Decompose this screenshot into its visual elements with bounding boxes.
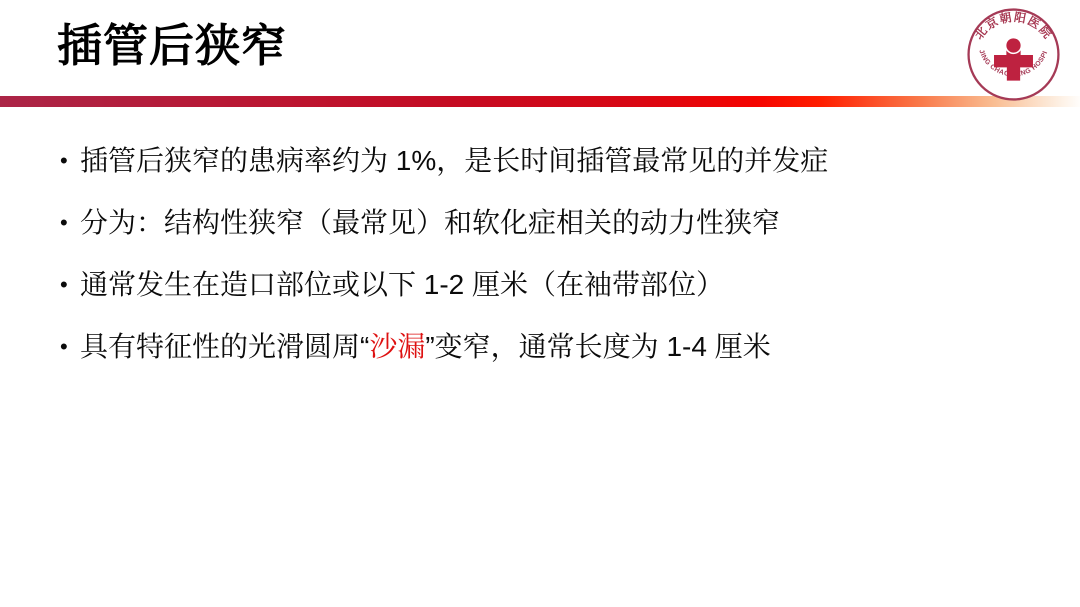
bullet-text: 插管后狭窄的患病率约为 1%，是长时间插管最常见的并发症 [80, 146, 828, 176]
hospital-logo-seal: 北京朝阳医院 BEIJING CHAO-YANG HOSPITAL [966, 7, 1061, 102]
page-title: 插管后狭窄 [57, 18, 287, 74]
highlighted-term: 沙漏 [369, 331, 425, 362]
bullet-dot-icon: • [60, 270, 80, 300]
presentation-slide: 插管后狭窄 北京朝阳医院 BEIJING CHAO-YANG HOSPITAL … [0, 0, 1080, 607]
bullet-text: 具有特征性的光滑圆周“沙漏”变窄，通常长度为 1-4 厘米 [80, 332, 771, 362]
bullet-list: • 插管后狭窄的患病率约为 1%，是长时间插管最常见的并发症 • 分为：结构性狭… [60, 146, 828, 394]
bullet-item: • 分为：结构性狭窄（最常见）和软化症相关的动力性狭窄 [60, 208, 828, 238]
bullet-text: 分为：结构性狭窄（最常见）和软化症相关的动力性狭窄 [80, 208, 780, 238]
bullet-dot-icon: • [60, 332, 80, 362]
bullet-item: • 具有特征性的光滑圆周“沙漏”变窄，通常长度为 1-4 厘米 [60, 332, 828, 362]
bullet-text: 通常发生在造口部位或以下 1-2 厘米（在袖带部位） [80, 270, 724, 300]
bullet-dot-icon: • [60, 146, 80, 176]
title-accent-bar [0, 96, 1080, 107]
bullet-dot-icon: • [60, 208, 80, 238]
bullet-item: • 插管后狭窄的患病率约为 1%，是长时间插管最常见的并发症 [60, 146, 828, 176]
bullet-item: • 通常发生在造口部位或以下 1-2 厘米（在袖带部位） [60, 270, 828, 300]
